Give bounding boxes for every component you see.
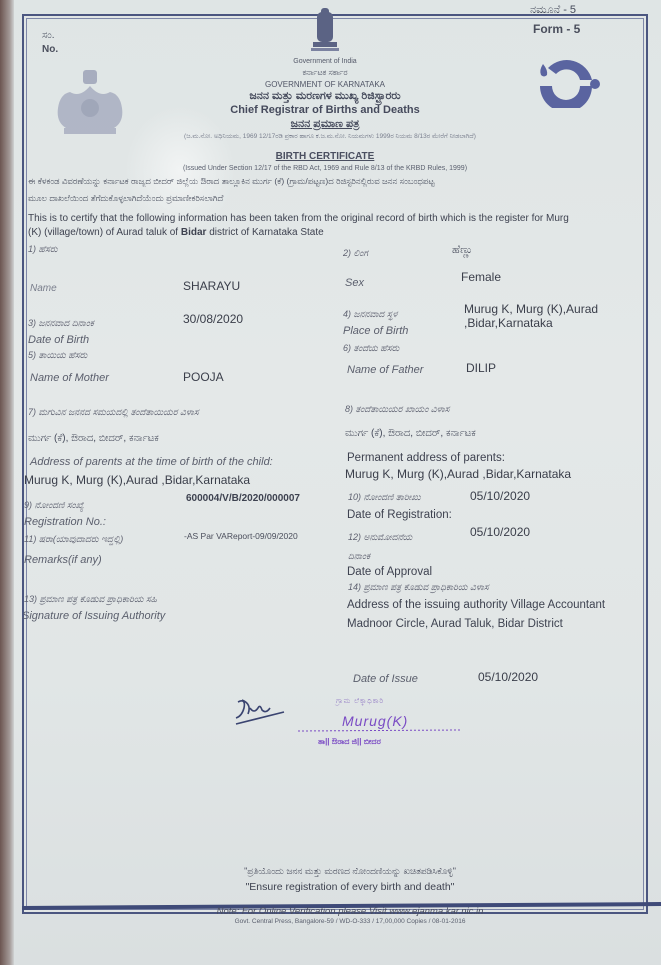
- number-label-kn: ಸಂ.: [42, 30, 55, 41]
- slogan: "Ensure registration of every birth and …: [150, 881, 550, 893]
- gov-india-label: Government of India: [230, 58, 420, 65]
- approval-date: 05/10/2020: [470, 525, 530, 539]
- mother-label: Name of Mother: [30, 372, 109, 384]
- approval-date-label-kn-1: 12) ಅನುಮೋದನೆಯ: [348, 532, 412, 543]
- signature-label-kn: 13) ಪ್ರಮಾಣ ಪತ್ರ ಕೊಡುವ ಪ್ರಾಧಿಕಾರಿಯ ಸಹಿ: [24, 594, 157, 605]
- permanent-address-label: Permanent address of parents:: [347, 452, 505, 464]
- slogan-kn: "ಪ್ರತಿಯೊಂದು ಜನನ ಮತ್ತು ಮರಣದ ನೋಂದಣಿಯನ್ನು ಖ…: [150, 866, 550, 877]
- mother-label-kn: 5) ತಾಯಿಯ ಹೆಸರು: [28, 350, 87, 361]
- registration-date-label: Date of Registration:: [347, 509, 452, 521]
- name-label: Name: [30, 283, 57, 294]
- national-emblem-icon: [307, 8, 343, 56]
- issuing-address-label-kn: 14) ಪ್ರಮಾಣ ಪತ್ರ ಕೊಡುವ ಪ್ರಾಧಿಕಾರಿಯ ವಿಳಾಸ: [348, 582, 489, 593]
- signature-label: Signature of Issuing Authority: [22, 610, 165, 622]
- registration-no-label-kn: 9) ನೋಂದಣಿ ಸಂಖ್ಯೆ: [24, 500, 84, 511]
- issued-under: (Issued Under Section 12/17 of the RBD A…: [110, 165, 540, 172]
- verification-note: Note: For Online Verification please Vis…: [150, 906, 550, 917]
- name-label-kn: 1) ಹೆಸರು: [28, 244, 58, 255]
- intro-kn-line2: ಮೂಲ ದಾಖಲೆಯಿಂದ ತೆಗೆದುಕೊಳ್ಳಲಾಗಿದೆಯೆಂದು ಪ್ರ…: [28, 193, 223, 204]
- address-at-birth-value: Murug K, Murg (K),Aurad ,Bidar,Karnataka: [24, 473, 250, 487]
- registration-date-label-kn: 10) ನೋಂದಣಿ ತಾರೀಖು: [348, 492, 421, 503]
- address-at-birth-value-kn: ಮುರ್ಗ (ಕೆ), ಔರಾದ, ಬೀದರ್, ಕರ್ನಾಟಕ: [28, 433, 159, 444]
- sex-value: Female: [461, 270, 501, 284]
- father-label: Name of Father: [347, 364, 423, 376]
- number-label: No.: [42, 44, 58, 55]
- mother-name: POOJA: [183, 370, 224, 384]
- sex-value-kn: ಹೆಣ್ಣು: [452, 244, 473, 257]
- date-of-issue-label: Date of Issue: [353, 673, 418, 685]
- registrar-kn: ಜನನ ಮತ್ತು ಮರಣಗಳ ಮುಖ್ಯ ರಿಜಿಸ್ಟ್ರಾರರು: [210, 90, 440, 103]
- issued-under-kn: (ಜ.ಮ.ನೋ. ಅಧಿನಿಯಮ, 1969 12/17ರಡಿ ಪ್ರಕಾರ ಹ…: [60, 133, 600, 141]
- photo-edge: [0, 0, 14, 965]
- form-number-kn: ನಮೂನೆ - 5: [530, 4, 576, 17]
- certificate-title-kn: ಜನನ ಪ್ರಮಾಣ ಪತ್ರ: [260, 118, 390, 131]
- father-label-kn: 6) ತಂದೆಯ ಹೆಸರು: [343, 343, 399, 354]
- remarks-value: -AS Par VAReport-09/09/2020: [184, 531, 298, 541]
- sex-label: Sex: [345, 277, 364, 289]
- sex-label-kn: 2) ಲಿಂಗ: [343, 248, 368, 259]
- stamp-line1: ಗ್ರಾಮ ಲೆಕ್ಕಾಧಿಕಾರಿ: [336, 698, 384, 706]
- issuing-address-label: Address of the issuing authority Village…: [347, 599, 605, 611]
- issuing-address-value: Madnoor Circle, Aurad Taluk, Bidar Distr…: [347, 618, 563, 630]
- printer-info: Govt. Central Press, Bangalore-59 / WD-O…: [150, 918, 550, 925]
- gov-karnataka-label: GOVERNMENT OF KARNATAKA: [230, 80, 420, 89]
- address-at-birth-label: Address of parents at the time of birth …: [30, 456, 273, 468]
- place-of-birth-line2: ,Bidar,Karnataka: [464, 316, 553, 330]
- address-at-birth-label-kn: 7) ಮಗುವಿನ ಜನನದ ಸಮಯದಲ್ಲಿ ತಂದೆತಾಯಿಯರ ವಿಳಾಸ: [28, 407, 199, 418]
- father-name: DILIP: [466, 361, 496, 375]
- registration-no-label: Registration No.:: [24, 516, 106, 528]
- dob-label: Date of Birth: [28, 334, 89, 346]
- pob-label-kn: 4) ಜನನವಾದ ಸ್ಥಳ: [343, 309, 397, 320]
- form-number: Form - 5: [533, 22, 580, 36]
- stamp-line3: ತಾ|| ಔರಾದ ಜಿ|| ಬೀದರ: [318, 737, 381, 747]
- remarks-label-kn: 11) ಷರಾ(ಯಾವುದಾದರು ಇದ್ದಲ್ಲಿ): [24, 534, 123, 545]
- remarks-label: Remarks(if any): [24, 554, 102, 566]
- approval-date-label: Date of Approval: [347, 566, 432, 578]
- child-name: SHARAYU: [183, 279, 240, 293]
- gov-karnataka-kn: ಕರ್ನಾಟಕ ಸರ್ಕಾರ: [230, 68, 420, 78]
- date-of-issue: 05/10/2020: [478, 670, 538, 684]
- intro-en-line1: This is to certify that the following in…: [28, 213, 658, 224]
- certificate-title: BIRTH CERTIFICATE: [245, 151, 405, 162]
- permanent-address-value-kn: ಮುರ್ಗ (ಕೆ), ಔರಾದ, ಬೀದರ್, ಕರ್ನಾಟಕ: [345, 428, 476, 439]
- permanent-address-value: Murug K, Murg (K),Aurad ,Bidar,Karnataka: [345, 467, 571, 481]
- permanent-address-label-kn: 8) ತಂದೆತಾಯಿಯರ ಖಾಯಂ ವಿಳಾಸ: [345, 404, 449, 415]
- place-of-birth-line1: Murug K, Murg (K),Aurad: [464, 302, 598, 316]
- pob-label: Place of Birth: [343, 325, 408, 337]
- signature-mark: [232, 694, 292, 728]
- intro-kn-line1: ಈ ಕೆಳಕಂಡ ವಿವರಣೆಯನ್ನು ಕರ್ನಾಟಕ ರಾಜ್ಯದ ಬೀದರ…: [28, 176, 653, 187]
- date-of-birth: 30/08/2020: [183, 312, 243, 326]
- registration-number: 600004/V/B/2020/000007: [186, 493, 300, 504]
- registration-date: 05/10/2020: [470, 489, 530, 503]
- stamp-line2: Murug(K): [342, 713, 408, 729]
- registrar-title: Chief Registrar of Births and Deaths: [210, 104, 440, 116]
- approval-date-label-kn-2: ದಿನಾಂಕ: [348, 551, 370, 562]
- e-janma-logo-icon: [534, 54, 602, 108]
- intro-en-line2: (K) (village/town) of Aurad taluk of Bid…: [28, 227, 324, 238]
- dob-label-kn: 3) ಜನನವಾದ ದಿನಾಂಕ: [28, 318, 94, 329]
- karnataka-emblem-icon: [50, 68, 130, 138]
